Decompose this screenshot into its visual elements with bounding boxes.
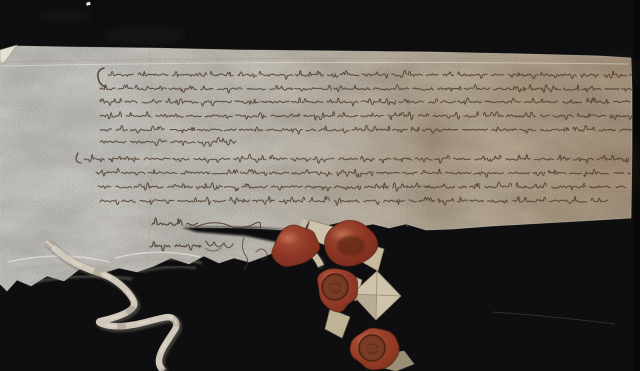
parchment-stain <box>472 57 568 133</box>
seal-highlight <box>276 230 300 245</box>
background-smudge <box>37 9 93 23</box>
photograph-parchment-deed <box>0 0 640 371</box>
scene-svg <box>0 0 640 371</box>
background-smudge <box>105 26 185 44</box>
parchment-stain <box>130 80 230 160</box>
seal-dark-center <box>337 236 365 256</box>
